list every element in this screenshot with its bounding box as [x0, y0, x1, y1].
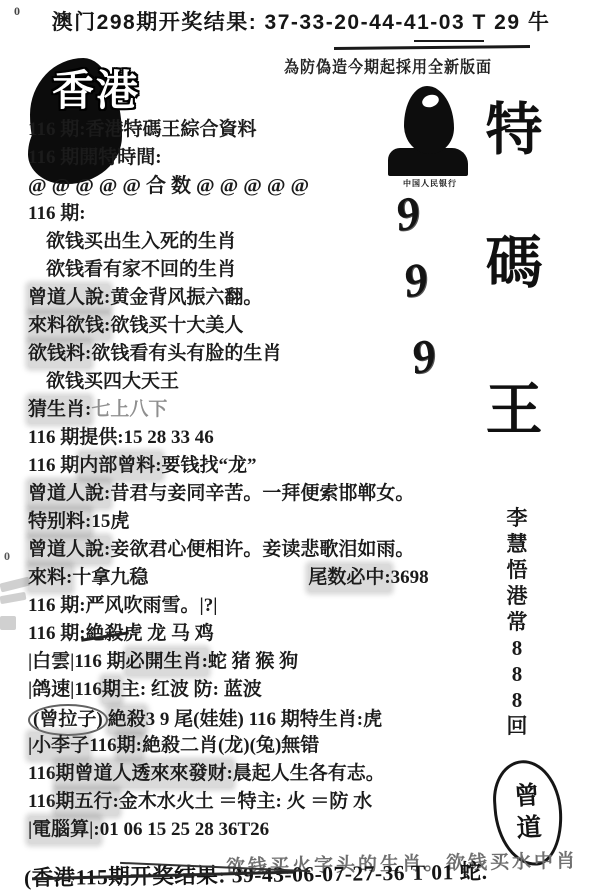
side-column-char: 8: [500, 661, 534, 687]
text-line: 116 期曾道人透來來發财: 晨起人生各有志。: [28, 760, 502, 788]
line-segment: 欲钱看有头有脸的生肖: [91, 340, 281, 368]
line-segment: 香港特碼王綜合資料: [86, 116, 257, 144]
line-segment: 十拿九稳: [72, 564, 148, 592]
line-segment: 116 期: [28, 452, 79, 480]
margin-digit-mid: 0: [4, 549, 10, 564]
line-segment: 期:: [117, 732, 142, 760]
text-line: 116 期五行: 金木水火土 ＝特主: 火 ＝防 水: [28, 788, 502, 816]
line-segment: 116: [28, 788, 55, 816]
line-segment: 116 期:: [28, 620, 86, 648]
side-column-char: 李: [500, 505, 534, 531]
line-segment: 欲钱买十大美人: [110, 312, 243, 340]
text-line: 曾道人說:黄金背风振六翻。: [28, 284, 502, 312]
line-segment: 期曾道人透來來發财:: [55, 760, 232, 788]
line-segment: 116 期開特時間:: [28, 144, 162, 172]
text-line: 來料欲钱: 欲钱买十大美人: [28, 312, 502, 340]
line-segment: 妾欲君心便相许。妾读悲歌泪如雨。: [110, 536, 414, 564]
line-segment: 3 9 尾(娃娃) 116 期: [146, 706, 300, 734]
text-line: 曾道人說:昔君与妾同辛苦。一拜便索邯郸女。: [28, 480, 502, 508]
line-segment: 116 期:: [28, 592, 86, 620]
seal-char-top: 曾: [513, 780, 540, 814]
line-segment: 116 期:: [28, 116, 86, 144]
text-line: (曾拉子)絶殺 3 9 尾(娃娃) 116 期特生肖: 虎: [28, 704, 502, 732]
text-line: @@@@@ 合数 @@@@@: [28, 172, 502, 200]
line-segment: |白雲|: [28, 648, 74, 676]
hongkong-logo: 香港: [52, 58, 140, 118]
line-segment: 116: [28, 760, 55, 788]
line-segment: |小李子: [28, 732, 89, 760]
vertical-side-column: 李慧悟港常888回: [500, 505, 534, 739]
scanned-lottery-sheet: 0 澳门298期开奖结果: 37-33-20-44-41-03 T 29 牛 香…: [0, 0, 602, 890]
seal-char-bottom: 道: [516, 812, 543, 846]
text-line: 116 期内部曾料: 要钱找“龙”: [28, 452, 502, 480]
slogan-strike-line: [334, 45, 530, 50]
side-column-char: 悟: [500, 557, 534, 583]
line-segment: 曾道人說:: [28, 480, 110, 508]
line-segment: 欲钱料:: [28, 340, 91, 368]
line-segment: 期: [102, 676, 121, 704]
line-segment: 尾数必中:: [308, 564, 390, 592]
margin-smudge: [0, 616, 16, 630]
text-line: |小李子 116 期: 絶殺二肖(龙)(兔)無错: [28, 732, 502, 760]
text-line: 欲钱买出生入死的生肖: [28, 228, 502, 256]
line-segment: 絶殺: [86, 620, 124, 648]
line-segment: 3698: [391, 564, 429, 592]
line-segment: 絶殺二肖(龙)(兔)無错: [142, 732, 319, 760]
line-segment: 内部曾料:: [79, 452, 161, 480]
line-segment: 黄金背风振六翻。: [110, 284, 262, 312]
line-segment: 15虎: [91, 508, 129, 536]
line-segment: 金木水火土 ＝特主: 火 ＝防 水: [119, 788, 372, 816]
line-segment: 曾道人說:: [28, 536, 110, 564]
anti-counterfeit-slogan: 為防偽造今期起採用全新版面: [284, 55, 492, 78]
text-line: 116 期:: [28, 200, 502, 228]
text-line: |電腦算|: 01 06 15 25 28 36T26: [28, 816, 502, 844]
text-line: 欲钱看有家不回的生肖: [28, 256, 502, 284]
text-line: 116 期開特時間:: [28, 144, 502, 172]
line-segment: 來料:: [28, 564, 72, 592]
text-line: 116 期: 絶殺 虎 龙 马 鸡: [28, 620, 502, 648]
line-segment: @@@@@: [28, 172, 146, 200]
text-line: 特别料: 15虎: [28, 508, 502, 536]
line-segment: 116: [89, 732, 116, 760]
line-segment: 必開生肖:: [126, 648, 208, 676]
line-segment: 蛇 猪 猴 狗: [208, 648, 298, 676]
line-segment: |電腦算|:: [28, 816, 100, 844]
text-line: 欲钱买四大天王: [28, 368, 502, 396]
line-segment: 昔君与妾同辛苦。一拜便索邯郸女。: [110, 480, 414, 508]
line-segment: 虎 龙 马 鸡: [124, 620, 214, 648]
text-line: |白雲|116 期必開生肖: 蛇 猪 猴 狗: [28, 648, 502, 676]
line-segment: 絶殺: [108, 706, 146, 734]
line-segment: 116: [74, 676, 101, 704]
text-line: 曾道人說:妾欲君心便相许。妾读悲歌泪如雨。: [28, 536, 502, 564]
text-line: |鸽速|116 期 主: 红波 防: 蓝波: [28, 676, 502, 704]
margin-smudge: [0, 592, 26, 604]
text-line: 欲钱料:欲钱看有头有脸的生肖: [28, 340, 502, 368]
line-segment: 特生肖:: [300, 706, 363, 734]
line-segment: 主: 红波 防: 蓝波: [121, 676, 262, 704]
line-segment: @@@@@: [196, 172, 314, 200]
side-column-char: 8: [500, 635, 534, 661]
line-segment: 116 期:: [28, 200, 86, 228]
slogan-strike-line-2: [414, 40, 484, 42]
content-lines: 116 期: 香港特碼王綜合資料116 期開特時間:@@@@@ 合数 @@@@@…: [28, 116, 502, 844]
line-segment: 虎: [363, 706, 382, 734]
line-segment: 欲钱看有家不回的生肖: [46, 256, 236, 284]
side-column-char: 慧: [500, 531, 534, 557]
line-segment: 01 06 15 25 28 36T26: [100, 816, 269, 844]
line-segment: |鸽速|: [28, 676, 74, 704]
text-line: 116 期: 严风吹雨雪。 |?|: [28, 592, 502, 620]
text-line: 116 期提供: 15 28 33 46: [28, 424, 502, 452]
margin-smudge: [0, 577, 31, 593]
line-segment: 曾道人說:: [28, 284, 110, 312]
line-segment: 特别料:: [28, 508, 91, 536]
side-column-char: 港: [500, 583, 534, 609]
line-segment: 合数: [146, 172, 196, 200]
macau-result-header: 澳门298期开奖结果: 37-33-20-44-41-03 T 29 牛: [0, 6, 602, 36]
line-segment: 欲钱买出生入死的生肖: [46, 228, 236, 256]
side-column-char: 回: [500, 713, 534, 739]
side-column-char: 8: [500, 687, 534, 713]
line-segment: 要钱找“龙”: [162, 452, 257, 480]
line-segment: 116 期: [74, 648, 125, 676]
text-line: 116 期: 香港特碼王綜合資料: [28, 116, 502, 144]
line-segment: 116 期提供:: [28, 424, 124, 452]
line-segment: 期五行:: [55, 788, 118, 816]
line-segment: 欲钱买四大天王: [46, 368, 179, 396]
line-segment: 晨起人生各有志。: [233, 760, 385, 788]
text-line: 猜生肖:七上八下: [28, 396, 502, 424]
line-segment: 來料欲钱:: [28, 312, 110, 340]
line-segment: 严风吹雨雪。: [86, 592, 200, 620]
line-segment: 15 28 33 46: [124, 424, 214, 452]
line-segment: |?|: [200, 592, 218, 620]
line-segment: 七上八下: [91, 396, 167, 424]
line-segment: 猜生肖:: [28, 396, 91, 424]
text-line: 來料: 十拿九稳尾数必中: 3698: [28, 564, 502, 592]
side-column-char: 常: [500, 609, 534, 635]
